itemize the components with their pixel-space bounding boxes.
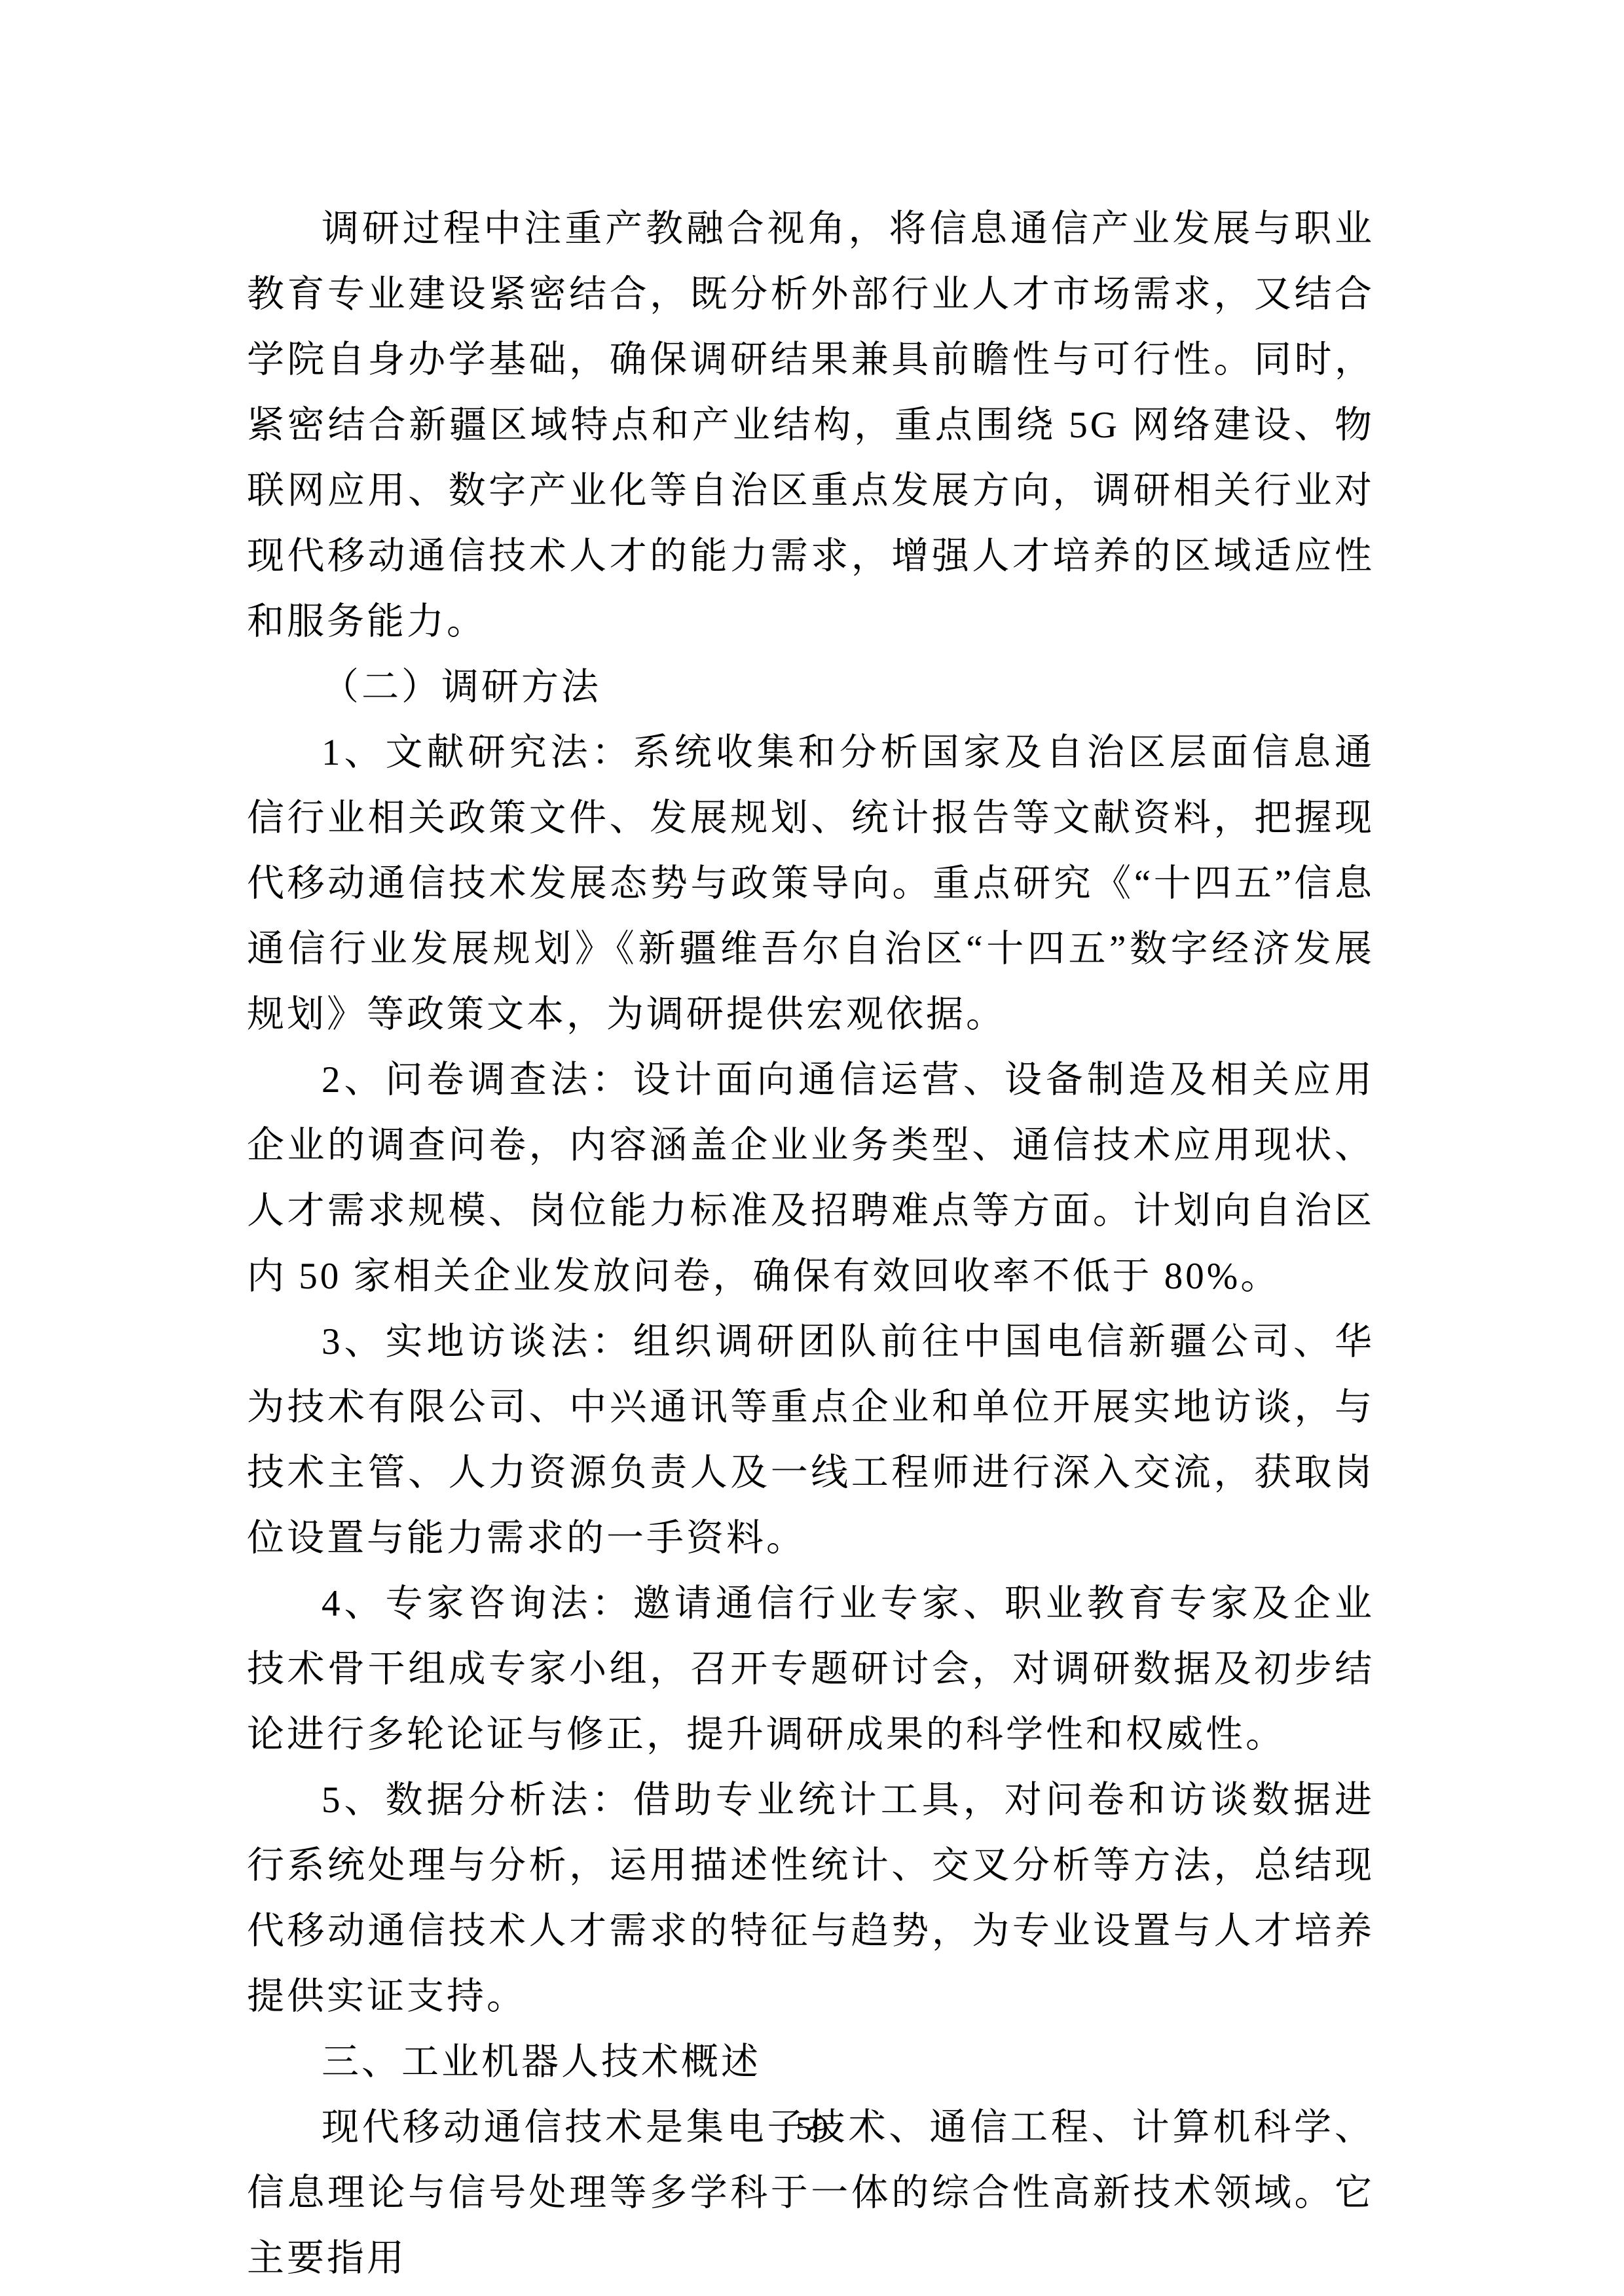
document-page: 调研过程中注重产教融合视角，将信息通信产业发展与职业教育专业建设紧密结合，既分析… (0, 0, 1624, 2296)
paragraph-method-questionnaire: 2、问卷调查法：设计面向通信运营、设备制造及相关应用企业的调查问卷，内容涵盖企业… (247, 1048, 1375, 1309)
paragraph-method-literature: 1、文献研究法：系统收集和分析国家及自治区层面信息通信行业相关政策文件、发展规划… (247, 720, 1375, 1048)
page-number: 59 (0, 2105, 1624, 2151)
paragraph-method-interview: 3、实地访谈法：组织调研团队前往中国电信新疆公司、华为技术有限公司、中兴通讯等重… (247, 1309, 1375, 1571)
paragraph-research-focus: 调研过程中注重产教融合视角，将信息通信产业发展与职业教育专业建设紧密结合，既分析… (247, 196, 1375, 655)
heading-section-three: 三、工业机器人技术概述 (247, 2030, 1375, 2095)
document-body: 调研过程中注重产教融合视角，将信息通信产业发展与职业教育专业建设紧密结合，既分析… (247, 196, 1375, 2291)
paragraph-method-expert: 4、专家咨询法：邀请通信行业专家、职业教育专家及企业技术骨干组成专家小组，召开专… (247, 1571, 1375, 1768)
paragraph-method-data-analysis: 5、数据分析法：借助专业统计工具，对问卷和访谈数据进行系统处理与分析，运用描述性… (247, 1768, 1375, 2030)
heading-survey-methods: （二）调研方法 (247, 655, 1375, 720)
